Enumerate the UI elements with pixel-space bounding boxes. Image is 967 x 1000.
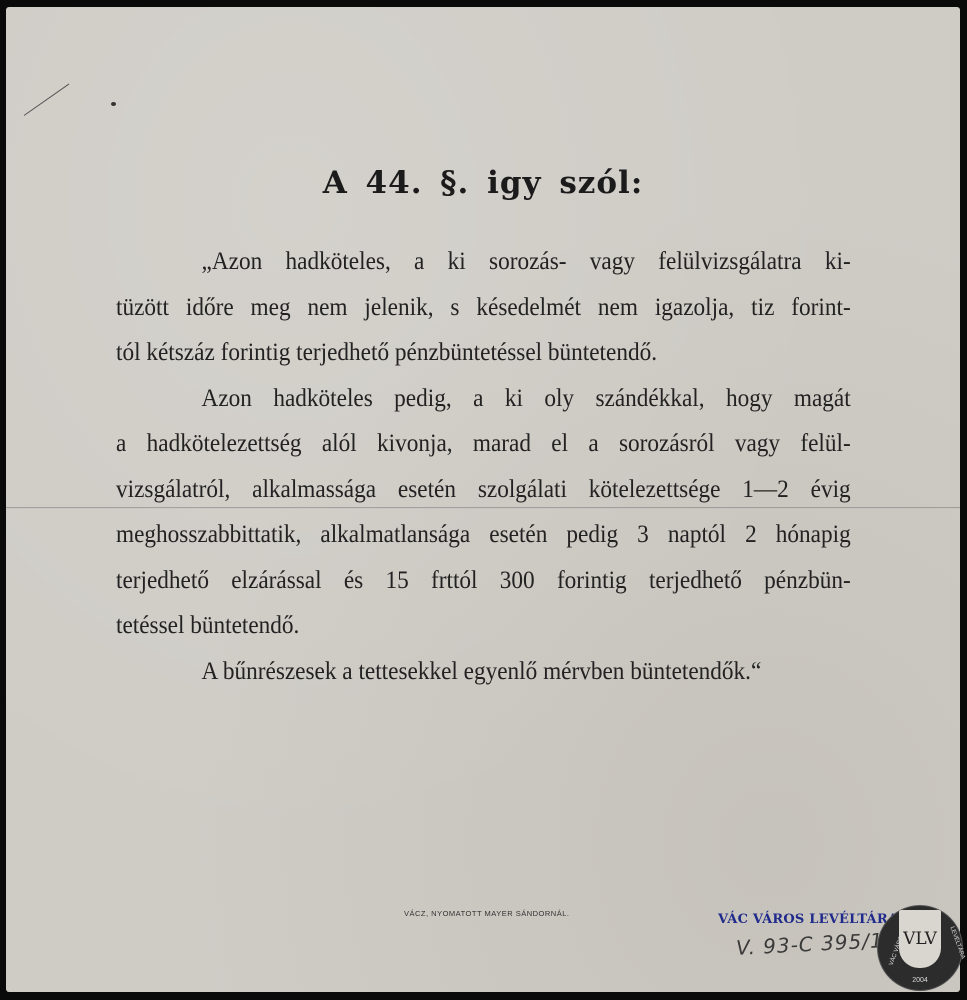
document-body: „Azon hadköteles, a ki sorozás- vagy fel… (116, 239, 851, 694)
paper-scratch (24, 84, 70, 116)
stamp-shield-icon: VLV (899, 910, 941, 968)
handwritten-reference: V. 93-C 395/1 (735, 928, 884, 960)
text-line: A bűnrészesek a tettesekkel egyenlő mérv… (116, 649, 851, 695)
text-line: „Azon hadköteles, a ki sorozás- vagy fel… (116, 239, 851, 285)
text-line: terjedhető elzárással és 15 frttól 300 f… (116, 558, 851, 604)
archive-label: VÁC VÁROS LEVÉLTÁRA (718, 912, 898, 927)
text-line: tól kétszáz forintig terjedhető pénzbünt… (116, 330, 851, 376)
text-line: vizsgálatról, alkalmassága esetén szolgá… (116, 467, 851, 513)
stamp-year: 2004 (878, 977, 962, 984)
stamp-ring-text-right: LEVÉLTÁRA (948, 926, 965, 960)
document-page: A 44. §. igy szól: „Azon hadköteles, a k… (6, 7, 960, 992)
text-line: tüzött időre meg nem jelenik, s késedelm… (116, 285, 851, 331)
text-line: meghosszabbittatik, alkalmatlansága eset… (116, 512, 851, 558)
printer-imprint: VÁCZ, NYOMATOTT MAYER SÁNDORNÁL. (404, 909, 569, 918)
text-line: tetéssel büntetendő. (116, 603, 851, 649)
archive-stamp: VLV VÁC VÁROS LEVÉLTÁRA 2004 (877, 905, 963, 991)
ink-speck (111, 102, 116, 106)
page-title: A 44. §. igy szól: (6, 165, 960, 201)
text-line: a hadkötelezettség alól kivonja, marad e… (116, 421, 851, 467)
text-line: Azon hadköteles pedig, a ki oly szándékk… (116, 376, 851, 422)
